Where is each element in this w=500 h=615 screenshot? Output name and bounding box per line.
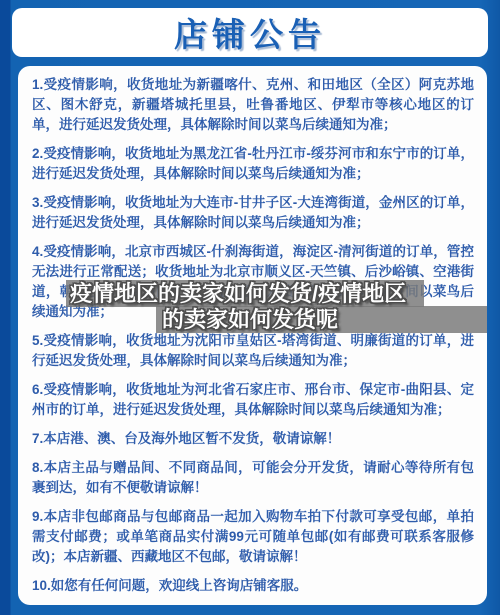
notice-item-6: 6.受疫情影响，收货地址为河北省石家庄市、邢台市、保定市-曲阳县、定州市的订单，… (32, 380, 474, 420)
overlay-caption-line2: 的卖家如何发货呢 (162, 306, 338, 333)
store-notice-poster: 店铺公告 1.受疫情影响，收货地址为新疆喀什、克州、和田地区（全区）阿克苏地区、… (0, 0, 500, 615)
page-title: 店铺公告 (174, 9, 326, 56)
header-card: 店铺公告 (12, 8, 488, 57)
notice-item-7: 7.本店港、澳、台及海外地区暂不发货，敬请谅解！ (32, 429, 474, 449)
notice-item-3: 3.受疫情影响，收货地址为大连市-甘井子区-大连湾街道，金州区的订单，进行延迟发… (32, 193, 474, 233)
notice-item-9: 9.本店非包邮商品与包邮商品一起加入购物车拍下付款可享受包邮，单拍需支付邮费；或… (32, 507, 474, 567)
notice-item-8: 8.本店主品与赠品间、不同商品间，可能会分开发货，请耐心等待所有包裹到达，如有不… (32, 458, 474, 498)
notice-item-5: 5.受疫情影响，收货地址为沈阳市皇姑区-塔湾街道、明廉街道的订单，进行延迟发货处… (32, 331, 474, 371)
overlay-caption-line1: 疫情地区的卖家如何发货/疫情地区 (70, 280, 406, 307)
notice-item-1: 1.受疫情影响，收货地址为新疆喀什、克州、和田地区（全区）阿克苏地区、图木舒克，… (32, 75, 474, 135)
notice-item-10: 10.如您有任何问题，欢迎线上咨询店铺客服。 (32, 576, 474, 596)
notice-card: 1.受疫情影响，收货地址为新疆喀什、克州、和田地区（全区）阿克苏地区、图木舒克，… (18, 66, 487, 605)
notice-item-2: 2.受疫情影响，收货地址为黑龙江省-牡丹江市-绥芬河市和东宁市的订单，进行延迟发… (32, 144, 474, 184)
